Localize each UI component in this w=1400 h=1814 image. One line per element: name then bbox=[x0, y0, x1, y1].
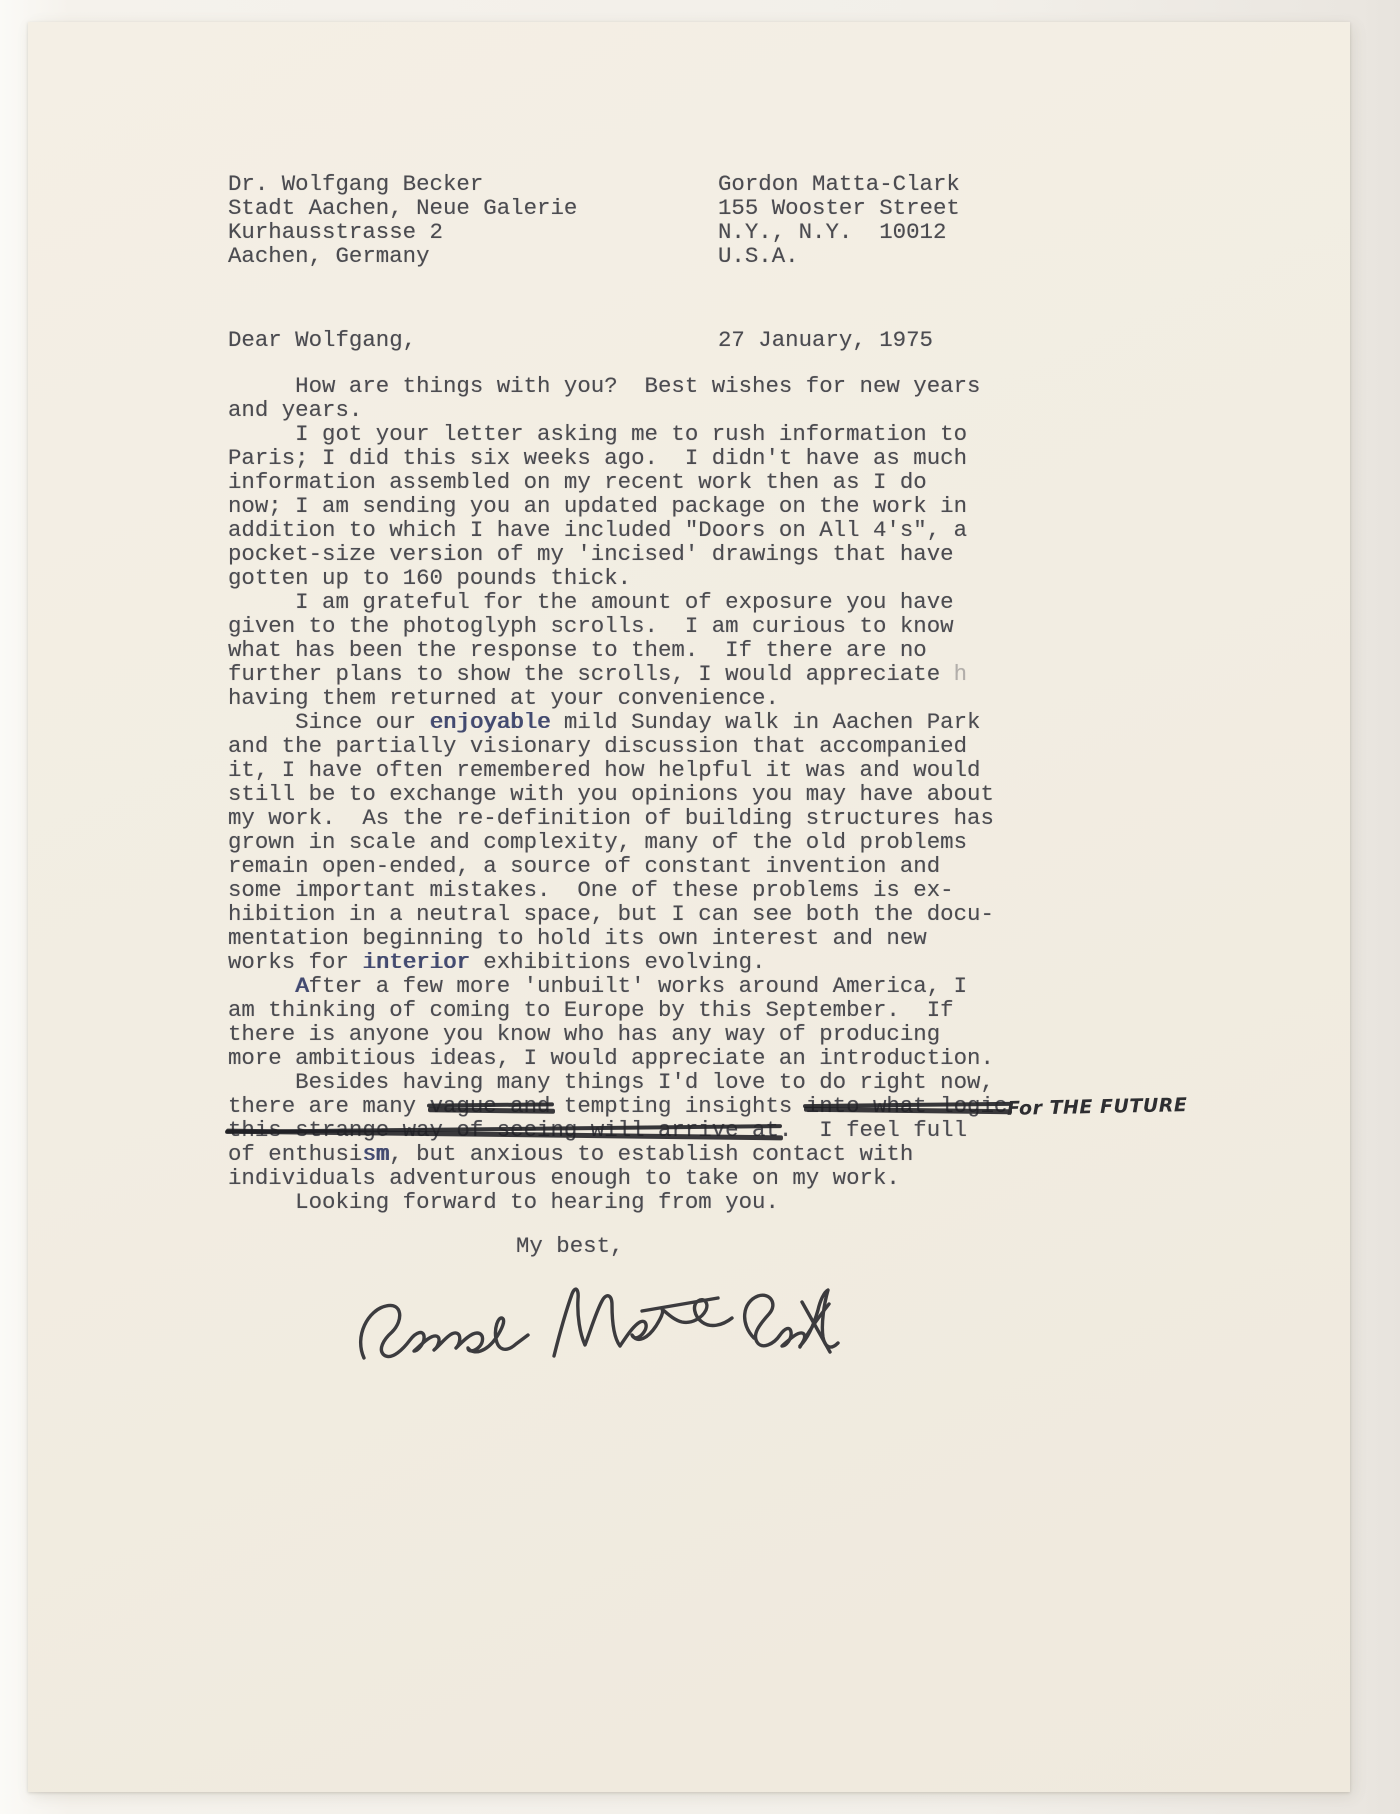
body-line: it, I have often remembered how helpful … bbox=[228, 758, 1038, 782]
text-segment: having them returned at your convenience… bbox=[228, 685, 779, 711]
address-line: 155 Wooster Street bbox=[718, 196, 960, 220]
body-line: this strange way of seeing will arrive a… bbox=[228, 1118, 1038, 1142]
overtyped-text: enjoyable bbox=[430, 709, 551, 735]
body-line: Looking forward to hearing from you. bbox=[228, 1190, 1038, 1214]
signature-handwriting bbox=[350, 1274, 850, 1394]
body-line: After a few more 'unbuilt' works around … bbox=[228, 974, 1038, 998]
handwritten-annotation: For THE FUTURE bbox=[1007, 1093, 1188, 1121]
overtyped-text: interior bbox=[362, 949, 470, 975]
signature-icon bbox=[350, 1274, 850, 1394]
text-segment: further plans to show the scrolls, I wou… bbox=[228, 661, 954, 687]
sender-address: Gordon Matta-Clark155 Wooster StreetN.Y.… bbox=[718, 172, 960, 268]
text-segment: Paris; I did this six weeks ago. I didn'… bbox=[228, 445, 967, 471]
text-segment: . I feel full bbox=[779, 1117, 967, 1143]
body-line: am thinking of coming to Europe by this … bbox=[228, 998, 1038, 1022]
text-segment: fter a few more 'unbuilt' works around A… bbox=[309, 973, 967, 999]
text-segment: some important mistakes. One of these pr… bbox=[228, 877, 954, 903]
text-segment: How are things with you? Best wishes for… bbox=[228, 373, 980, 399]
body-line: given to the photoglyph scrolls. I am cu… bbox=[228, 614, 1038, 638]
body-line: mentation beginning to hold its own inte… bbox=[228, 926, 1038, 950]
text-segment: of enthusi bbox=[228, 1141, 362, 1167]
body-line: there are many vague and tempting insigh… bbox=[228, 1094, 1038, 1118]
body-line: now; I am sending you an updated package… bbox=[228, 494, 1038, 518]
text-segment: am thinking of coming to Europe by this … bbox=[228, 997, 954, 1023]
body-line: having them returned at your convenience… bbox=[228, 686, 1038, 710]
text-segment: Since our bbox=[228, 709, 430, 735]
body-line: Paris; I did this six weeks ago. I didn'… bbox=[228, 446, 1038, 470]
address-line: N.Y., N.Y. 10012 bbox=[718, 220, 960, 244]
body-line: individuals adventurous enough to take o… bbox=[228, 1166, 1038, 1190]
body-line: of enthusism, but anxious to establish c… bbox=[228, 1142, 1038, 1166]
text-segment: Looking forward to hearing from you. bbox=[228, 1189, 779, 1215]
body-line: and the partially visionary discussion t… bbox=[228, 734, 1038, 758]
body-line: pocket-size version of my 'incised' draw… bbox=[228, 542, 1038, 566]
body-line: there is anyone you know who has any way… bbox=[228, 1022, 1038, 1046]
closing: My best, bbox=[516, 1234, 624, 1258]
body-line: and years. bbox=[228, 398, 1038, 422]
text-segment: there are many bbox=[228, 1093, 430, 1119]
address-header: Dr. Wolfgang BeckerStadt Aachen, Neue Ga… bbox=[228, 172, 1310, 268]
text-segment: addition to which I have included "Doors… bbox=[228, 517, 967, 543]
text-segment: Besides having many things I'd love to d… bbox=[228, 1069, 994, 1095]
letter-paper: Dr. Wolfgang BeckerStadt Aachen, Neue Ga… bbox=[28, 22, 1350, 1792]
body-line: my work. As the re-definition of buildin… bbox=[228, 806, 1038, 830]
text-segment: it, I have often remembered how helpful … bbox=[228, 757, 980, 783]
body-line: Besides having many things I'd love to d… bbox=[228, 1070, 1038, 1094]
text-segment: there is anyone you know who has any way… bbox=[228, 1021, 940, 1047]
text-segment: mentation beginning to hold its own inte… bbox=[228, 925, 927, 951]
body-line: addition to which I have included "Doors… bbox=[228, 518, 1038, 542]
text-segment: gotten up to 160 pounds thick. bbox=[228, 565, 631, 591]
body-line: more ambitious ideas, I would appreciate… bbox=[228, 1046, 1038, 1070]
text-segment: and years. bbox=[228, 397, 362, 423]
body-line: I got your letter asking me to rush info… bbox=[228, 422, 1038, 446]
text-segment: , but anxious to establish contact with bbox=[389, 1141, 913, 1167]
text-segment bbox=[228, 973, 295, 999]
text-segment: exhibitions evolving. bbox=[470, 949, 766, 975]
address-line: Gordon Matta-Clark bbox=[718, 172, 960, 196]
text-segment: and the partially visionary discussion t… bbox=[228, 733, 967, 759]
scanned-letter-page: { "colors":{"paper":"#f2ede2","ink":"#4b… bbox=[0, 0, 1400, 1814]
text-segment: remain open-ended, a source of constant … bbox=[228, 853, 940, 879]
body-line: gotten up to 160 pounds thick. bbox=[228, 566, 1038, 590]
body-line: further plans to show the scrolls, I wou… bbox=[228, 662, 1038, 686]
body-line: remain open-ended, a source of constant … bbox=[228, 854, 1038, 878]
text-segment: more ambitious ideas, I would appreciate… bbox=[228, 1045, 994, 1071]
letter-content: Dr. Wolfgang BeckerStadt Aachen, Neue Ga… bbox=[28, 22, 1350, 1792]
text-segment: hibition in a neutral space, but I can s… bbox=[228, 901, 994, 927]
strikethrough-text: this strange way of seeing will arrive a… bbox=[228, 1118, 779, 1142]
address-line: U.S.A. bbox=[718, 244, 960, 268]
text-segment: works for bbox=[228, 949, 362, 975]
text-segment: information assembled on my recent work … bbox=[228, 469, 927, 495]
salutation-row: Dear Wolfgang, 27 January, 1975 bbox=[228, 328, 1310, 352]
letter-body: How are things with you? Best wishes for… bbox=[228, 374, 1038, 1214]
text-segment: I am grateful for the amount of exposure… bbox=[228, 589, 954, 615]
overtyped-text: A bbox=[295, 973, 308, 999]
text-segment: I got your letter asking me to rush info… bbox=[228, 421, 967, 447]
strikethrough-text: vague and bbox=[430, 1094, 551, 1118]
body-line: works for interior exhibitions evolving. bbox=[228, 950, 1038, 974]
body-line: some important mistakes. One of these pr… bbox=[228, 878, 1038, 902]
text-segment: tempting insights bbox=[551, 1093, 806, 1119]
letter-date: 27 January, 1975 bbox=[718, 328, 933, 352]
text-segment: still be to exchange with you opinions y… bbox=[228, 781, 994, 807]
text-segment: my work. As the re-definition of buildin… bbox=[228, 805, 994, 831]
text-segment: grown in scale and complexity, many of t… bbox=[228, 829, 967, 855]
body-line: what has been the response to them. If t… bbox=[228, 638, 1038, 662]
text-segment: mild Sunday walk in Aachen Park bbox=[551, 709, 981, 735]
body-line: grown in scale and complexity, many of t… bbox=[228, 830, 1038, 854]
body-line: How are things with you? Best wishes for… bbox=[228, 374, 1038, 398]
body-line: still be to exchange with you opinions y… bbox=[228, 782, 1038, 806]
text-segment: given to the photoglyph scrolls. I am cu… bbox=[228, 613, 954, 639]
body-line: information assembled on my recent work … bbox=[228, 470, 1038, 494]
text-segment: now; I am sending you an updated package… bbox=[228, 493, 967, 519]
overtyped-text: sm bbox=[362, 1141, 389, 1167]
text-segment: what has been the response to them. If t… bbox=[228, 637, 927, 663]
body-line: I am grateful for the amount of exposure… bbox=[228, 590, 1038, 614]
faint-text: h bbox=[954, 661, 967, 687]
strikethrough-text: into what logic bbox=[806, 1094, 1008, 1118]
text-segment: pocket-size version of my 'incised' draw… bbox=[228, 541, 954, 567]
body-line: hibition in a neutral space, but I can s… bbox=[228, 902, 1038, 926]
body-line: Since our enjoyable mild Sunday walk in … bbox=[228, 710, 1038, 734]
text-segment: individuals adventurous enough to take o… bbox=[228, 1165, 900, 1191]
